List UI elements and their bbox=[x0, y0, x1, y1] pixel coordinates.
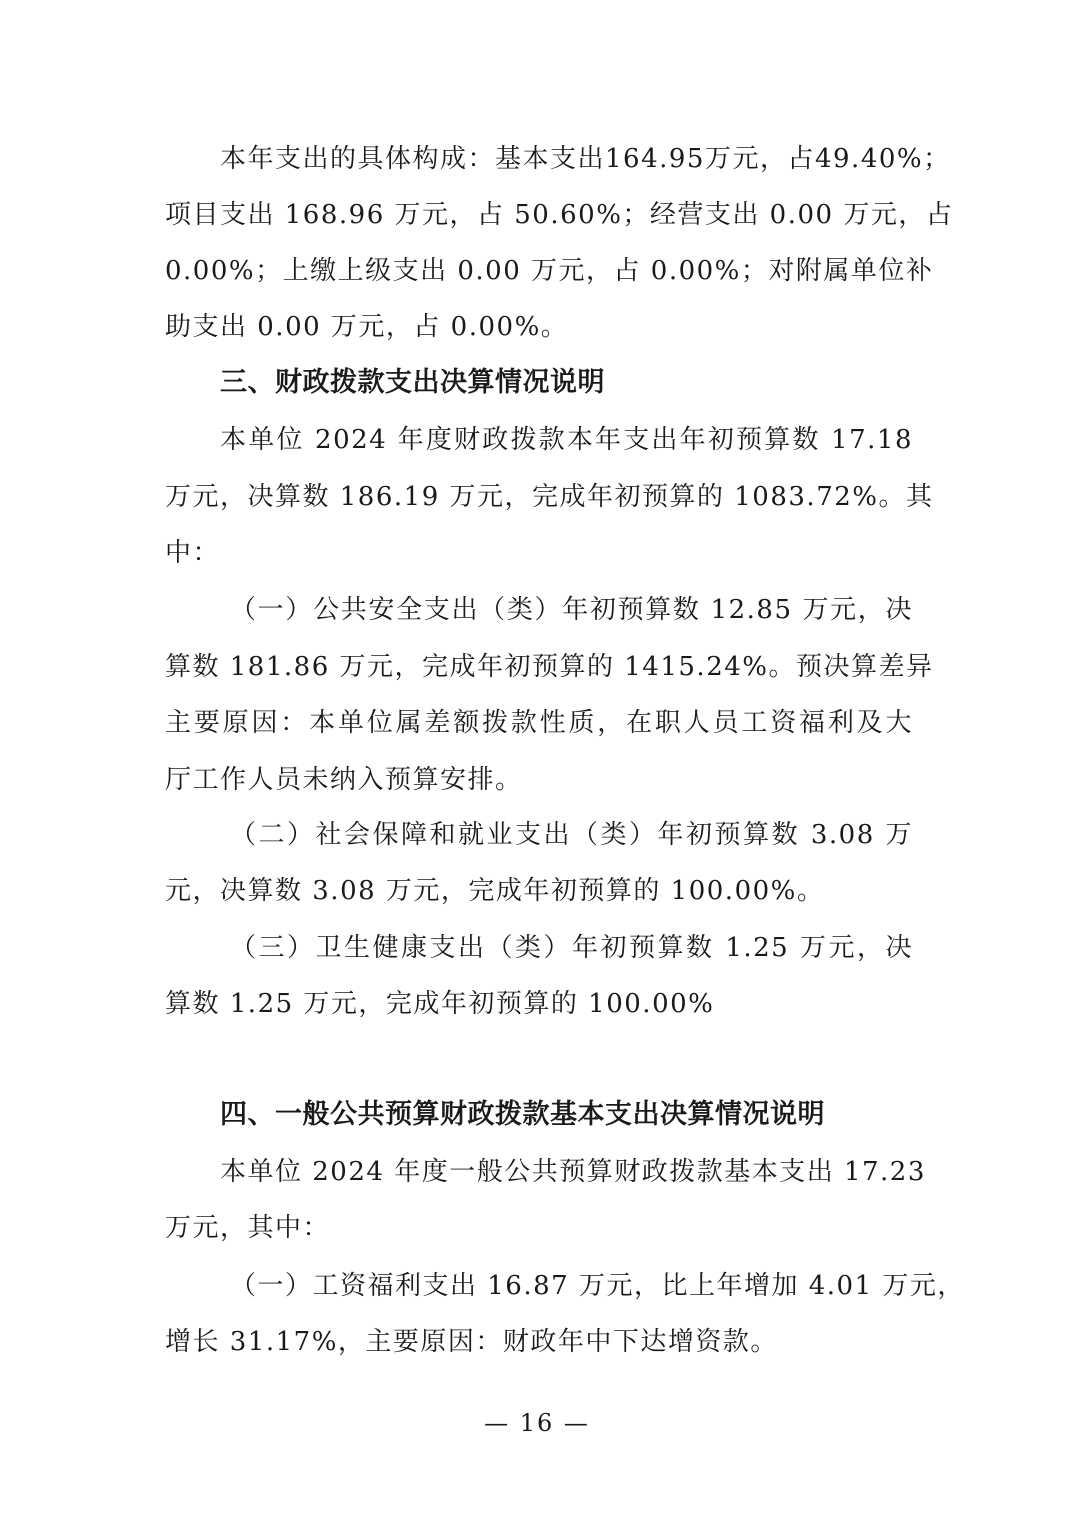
section-heading-4: 四、一般公共预算财政拨款基本支出决算情况说明 bbox=[220, 1098, 913, 1132]
item-public-security-line-4: 厅工作人员未纳入预算安排。 bbox=[165, 763, 913, 797]
item-wage-welfare-line-2: 增长 31.17%，主要原因：财政年中下达增资款。 bbox=[165, 1325, 913, 1359]
item-public-security-line-1: （一）公共安全支出（类）年初预算数 12.85 万元，决 bbox=[230, 593, 913, 627]
item-public-security-line-3: 主要原因：本单位属差额拨款性质，在职人员工资福利及大 bbox=[165, 706, 913, 740]
item-wage-welfare-line-1: （一）工资福利支出 16.87 万元，比上年增加 4.01 万元， bbox=[230, 1269, 913, 1303]
paragraph-expenditure-composition-line-3: 0.00%；上缴上级支出 0.00 万元，占 0.00%；对附属单位补 bbox=[165, 254, 913, 288]
item-social-security-line-1: （二）社会保障和就业支出（类）年初预算数 3.08 万 bbox=[230, 818, 913, 852]
paragraph-expenditure-composition-line-4: 助支出 0.00 万元，占 0.00%。 bbox=[165, 310, 913, 344]
item-health-line-2: 算数 1.25 万元，完成年初预算的 100.00% bbox=[165, 987, 913, 1021]
paragraph-fiscal-appropriation-line-3: 中： bbox=[165, 536, 913, 570]
item-public-security-line-2: 算数 181.86 万元，完成年初预算的 1415.24%。预决算差异 bbox=[165, 650, 913, 684]
section-heading-3: 三、财政拨款支出决算情况说明 bbox=[220, 366, 913, 400]
item-health-line-1: （三）卫生健康支出（类）年初预算数 1.25 万元，决 bbox=[230, 931, 913, 965]
document-page: 本年支出的具体构成：基本支出164.95万元，占49.40%； 项目支出 168… bbox=[0, 0, 1074, 1520]
paragraph-fiscal-appropriation-line-2: 万元，决算数 186.19 万元，完成年初预算的 1083.72%。其 bbox=[165, 480, 913, 514]
item-social-security-line-2: 元，决算数 3.08 万元，完成年初预算的 100.00%。 bbox=[165, 874, 913, 908]
paragraph-basic-expenditure-line-2: 万元，其中： bbox=[165, 1211, 913, 1245]
paragraph-expenditure-composition-line-1: 本年支出的具体构成：基本支出164.95万元，占49.40%； bbox=[220, 142, 913, 176]
paragraph-basic-expenditure-line-1: 本单位 2024 年度一般公共预算财政拨款基本支出 17.23 bbox=[220, 1155, 913, 1189]
paragraph-fiscal-appropriation-line-1: 本单位 2024 年度财政拨款本年支出年初预算数 17.18 bbox=[220, 423, 913, 457]
paragraph-expenditure-composition-line-2: 项目支出 168.96 万元，占 50.60%；经营支出 0.00 万元，占 bbox=[165, 198, 913, 232]
page-number: — 16 — bbox=[0, 1408, 1074, 1438]
